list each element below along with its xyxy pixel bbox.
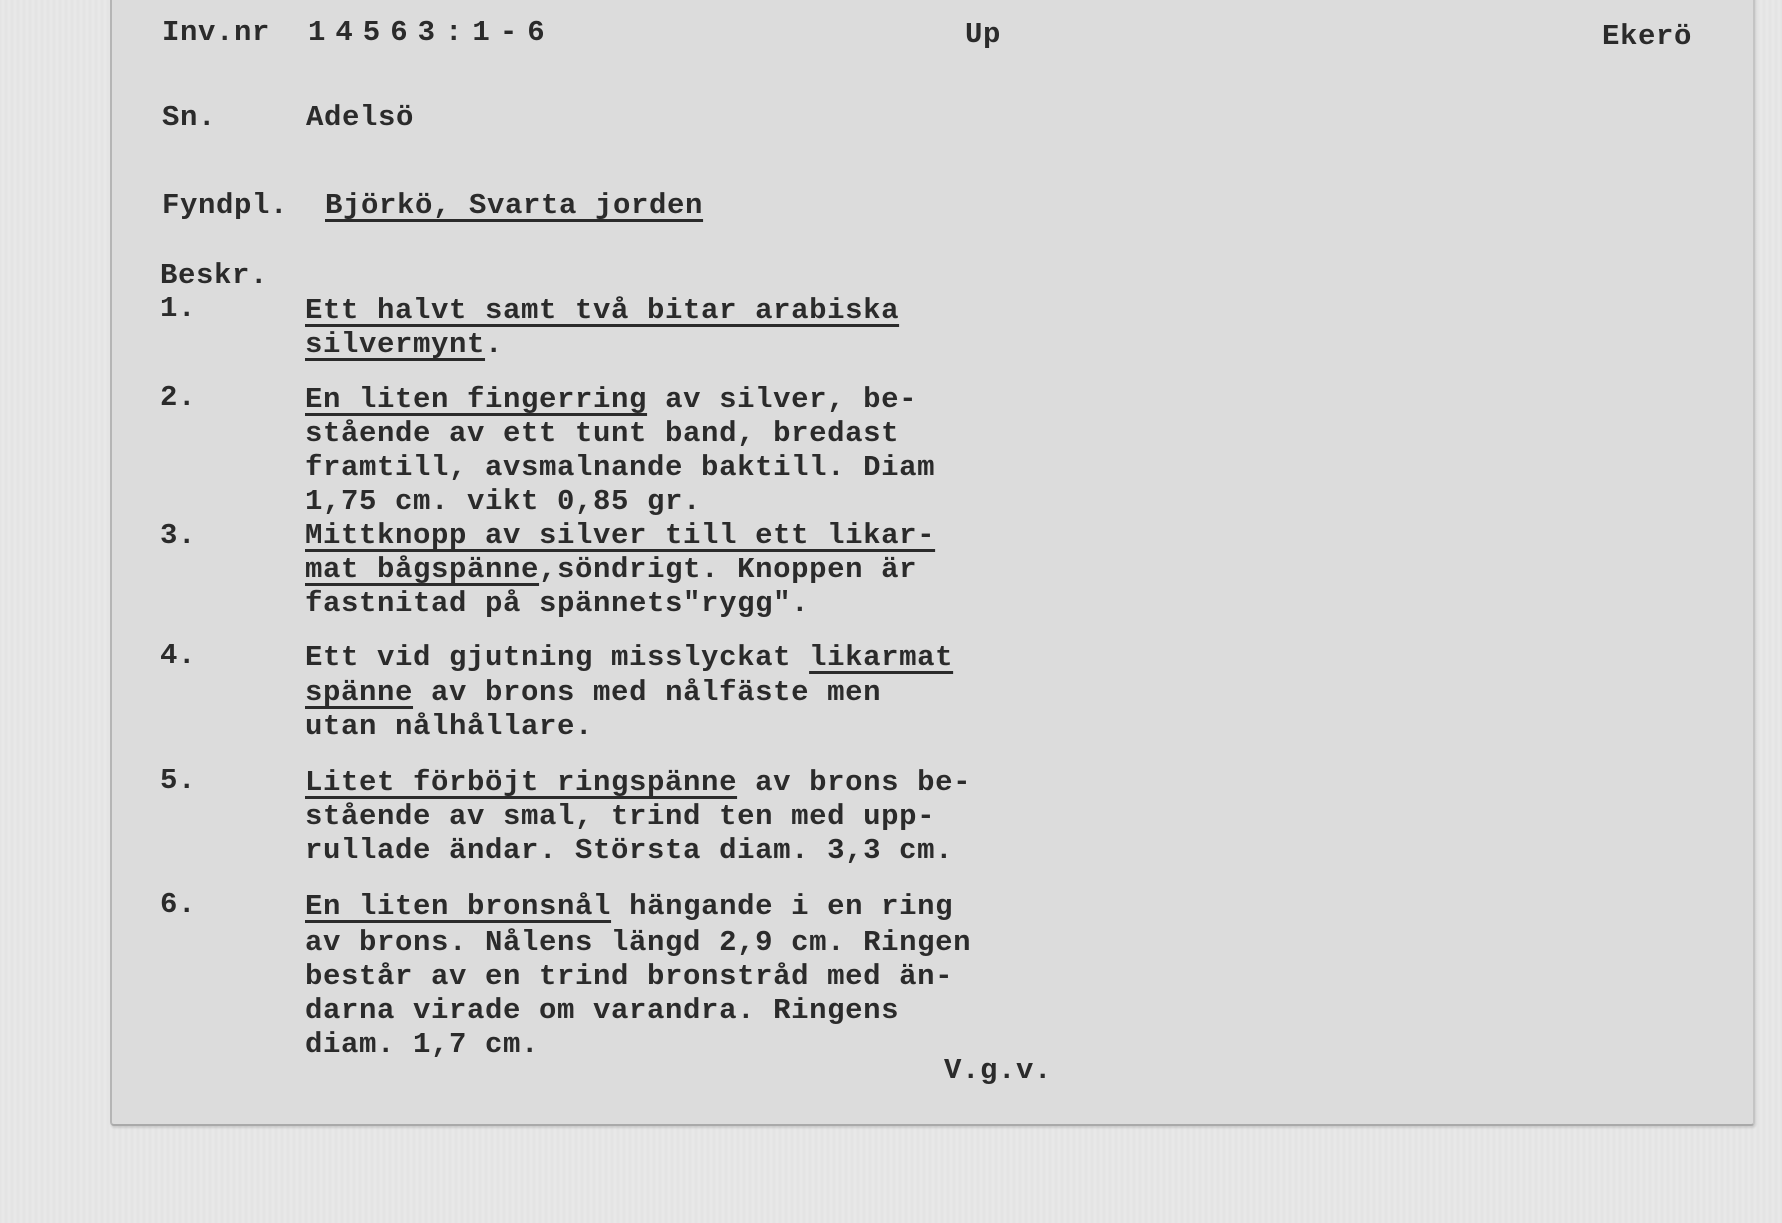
item-number: 1. <box>160 292 196 326</box>
parish-value: Adelsö <box>306 101 414 135</box>
item-title: Litet förböjt ringspänne <box>305 766 737 799</box>
find-place-label: Fyndpl. <box>162 189 288 223</box>
item-number: 4. <box>160 639 196 673</box>
item-number: 5. <box>160 764 196 798</box>
item-title: En liten fingerring <box>305 383 647 416</box>
item-line: stående av ett tunt band, bredast <box>305 417 899 451</box>
item-line: spänne av brons med nålfäste men <box>305 676 881 710</box>
parish-label: Sn. <box>162 101 216 135</box>
item-line: fastnitad på spännets"rygg". <box>305 587 809 621</box>
item-title: likarmat <box>809 641 953 674</box>
item-title: Ett halvt samt två bitar arabiska <box>305 294 899 327</box>
description-label: Beskr. <box>160 259 268 293</box>
province: Up <box>965 18 1001 52</box>
inventory-number: 14563:1-6 <box>308 16 555 50</box>
item-title: silvermynt <box>305 328 485 361</box>
turn-over-note: V.g.v. <box>944 1054 1052 1088</box>
item-line: silvermynt. <box>305 328 503 362</box>
item-title: Mittknopp av silver till ett likar- <box>305 519 935 552</box>
item-line: framtill, avsmalnande baktill. Diam <box>305 451 935 485</box>
item-line: utan nålhållare. <box>305 710 593 744</box>
item-number: 2. <box>160 381 196 415</box>
find-place-value: Björkö, Svarta jorden <box>325 189 703 223</box>
item-line: Mittknopp av silver till ett likar- <box>305 519 935 553</box>
item-line: Litet förböjt ringspänne av brons be- <box>305 766 971 800</box>
item-title: spänne <box>305 676 413 709</box>
item-line: består av en trind bronstråd med än- <box>305 960 953 994</box>
item-line: Ett vid gjutning misslyckat likarmat <box>305 641 953 675</box>
item-title: En liten bronsnål <box>305 890 611 923</box>
catalog-card: Inv.nr 14563:1-6 Up Ekerö Sn. Adelsö Fyn… <box>110 0 1755 1126</box>
item-line: 1,75 cm. vikt 0,85 gr. <box>305 485 701 519</box>
item-line: stående av smal, trind ten med upp- <box>305 800 935 834</box>
item-line: En liten fingerring av silver, be- <box>305 383 917 417</box>
item-line: mat bågspänne,söndrigt. Knoppen är <box>305 553 917 587</box>
item-line: En liten bronsnål hängande i en ring <box>305 890 953 924</box>
item-line: darna virade om varandra. Ringens <box>305 994 899 1028</box>
item-line: Ett halvt samt två bitar arabiska <box>305 294 899 328</box>
item-line: av brons. Nålens längd 2,9 cm. Ringen <box>305 926 971 960</box>
district: Ekerö <box>1602 20 1692 54</box>
item-number: 6. <box>160 888 196 922</box>
item-line: rullade ändar. Största diam. 3,3 cm. <box>305 834 953 868</box>
item-number: 3. <box>160 519 196 553</box>
item-title: mat bågspänne <box>305 553 539 586</box>
item-line: diam. 1,7 cm. <box>305 1028 539 1062</box>
inventory-label: Inv.nr <box>162 16 270 50</box>
